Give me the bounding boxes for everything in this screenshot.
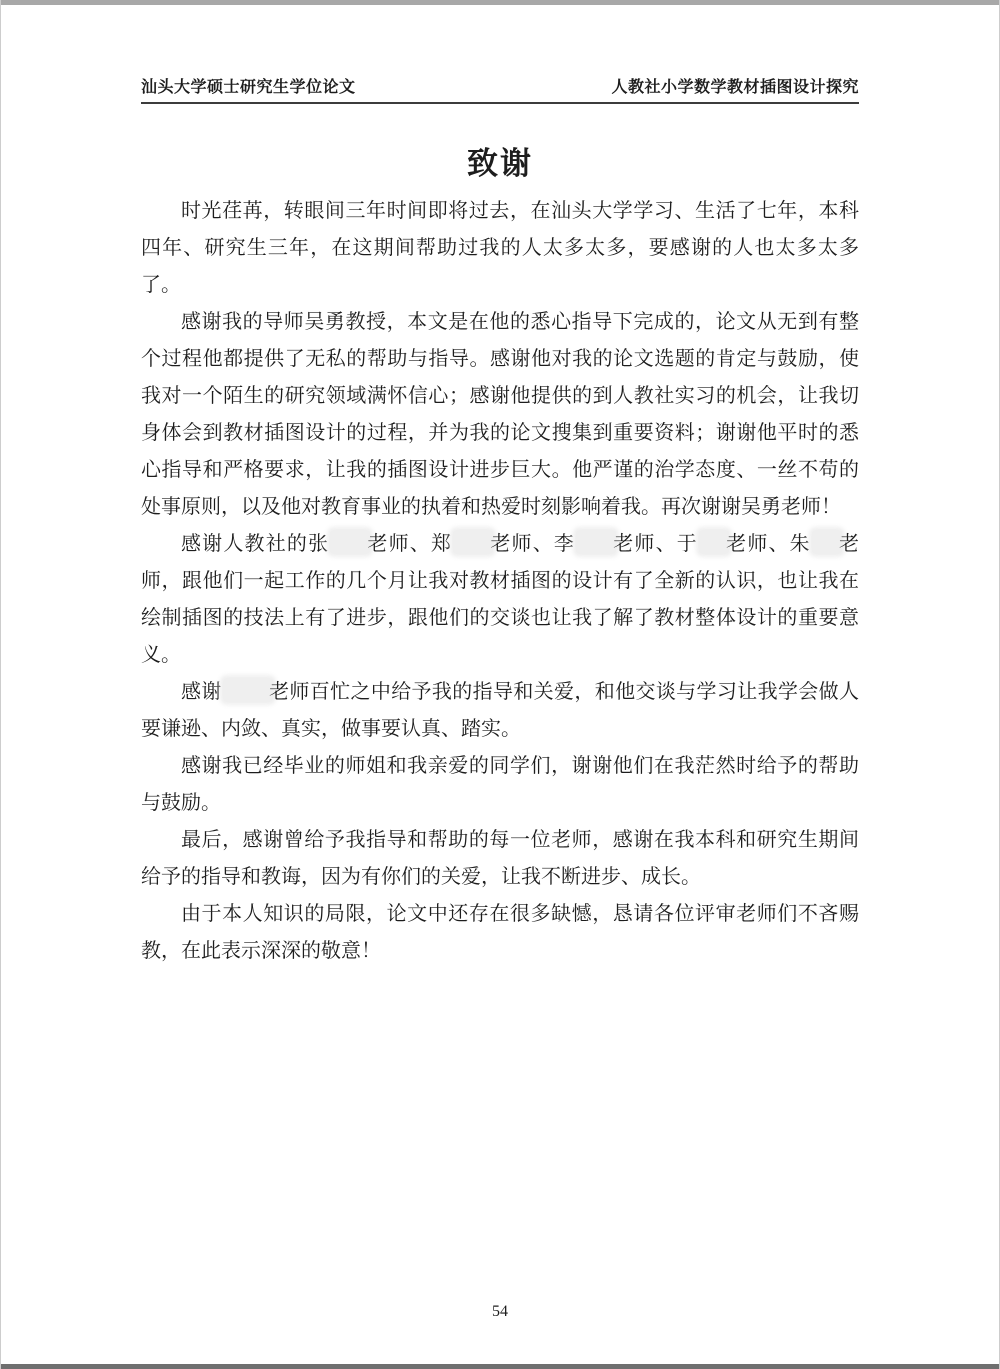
- page-header: 汕头大学硕士研究生学位论文 人教社小学数学教材插图设计探究: [141, 0, 859, 104]
- page-footer: 54: [1, 1303, 999, 1321]
- body-text: 时光荏苒，转眼间三年时间即将过去，在汕头大学学习、生活了七年，本科四年、研究生三…: [141, 193, 859, 970]
- text-segment: 老师、朱: [725, 533, 811, 555]
- page-bottom-edge: [1, 1364, 999, 1369]
- paragraph-3: 感谢人教社的张老师、郑老师、李老师、于老师、朱老师，跟他们一起工作的几个月让我对…: [141, 526, 859, 674]
- paragraph-2: 感谢我的导师吴勇教授，本文是在他的悉心指导下完成的，论文从无到有整个过程他都提供…: [141, 304, 859, 526]
- paragraph-5: 感谢我已经毕业的师姐和我亲爱的同学们，谢谢他们在我茫然时给予的帮助与鼓励。: [141, 748, 859, 822]
- redaction-box: [453, 530, 493, 554]
- header-left-text: 汕头大学硕士研究生学位论文: [141, 74, 356, 97]
- page-number: 54: [492, 1303, 508, 1320]
- page-title: 致谢: [1, 138, 999, 183]
- redaction-box: [576, 530, 616, 554]
- paragraph-4: 感谢老师百忙之中给予我的指导和关爱，和他交谈与学习让我学会做人要谦逊、内敛、真实…: [141, 674, 859, 748]
- text-segment: 最后，感谢曾给予我指导和帮助的每一位老师，感谢在我本科和研究生期间给予的指导和教…: [141, 829, 859, 888]
- text-segment: 由于本人知识的局限，论文中还存在很多缺憾，恳请各位评审老师们不吝赐教，在此表示深…: [141, 903, 859, 962]
- text-segment: 老师、李: [489, 533, 575, 555]
- paragraph-6: 最后，感谢曾给予我指导和帮助的每一位老师，感谢在我本科和研究生期间给予的指导和教…: [141, 822, 859, 896]
- text-segment: 老师、郑: [366, 533, 452, 555]
- text-segment: 老师、于: [612, 533, 698, 555]
- text-segment: 时光荏苒，转眼间三年时间即将过去，在汕头大学学习、生活了七年，本科四年、研究生三…: [141, 200, 859, 296]
- paragraph-1: 时光荏苒，转眼间三年时间即将过去，在汕头大学学习、生活了七年，本科四年、研究生三…: [141, 193, 859, 304]
- text-segment: 感谢我的导师吴勇教授，本文是在他的悉心指导下完成的，论文从无到有整个过程他都提供…: [141, 311, 859, 518]
- header-right-text: 人教社小学数学教材插图设计探究: [611, 74, 859, 97]
- text-segment: 感谢: [181, 681, 222, 703]
- page-top-edge: [1, 0, 999, 5]
- redaction-box: [223, 678, 273, 702]
- text-segment: 感谢我已经毕业的师姐和我亲爱的同学们，谢谢他们在我茫然时给予的帮助与鼓励。: [141, 755, 859, 814]
- text-segment: 感谢人教社的张: [181, 533, 329, 555]
- thesis-page: 汕头大学硕士研究生学位论文 人教社小学数学教材插图设计探究 致谢 时光荏苒，转眼…: [0, 0, 1000, 1369]
- redaction-box: [330, 530, 370, 554]
- paragraph-7: 由于本人知识的局限，论文中还存在很多缺憾，恳请各位评审老师们不吝赐教，在此表示深…: [141, 896, 859, 970]
